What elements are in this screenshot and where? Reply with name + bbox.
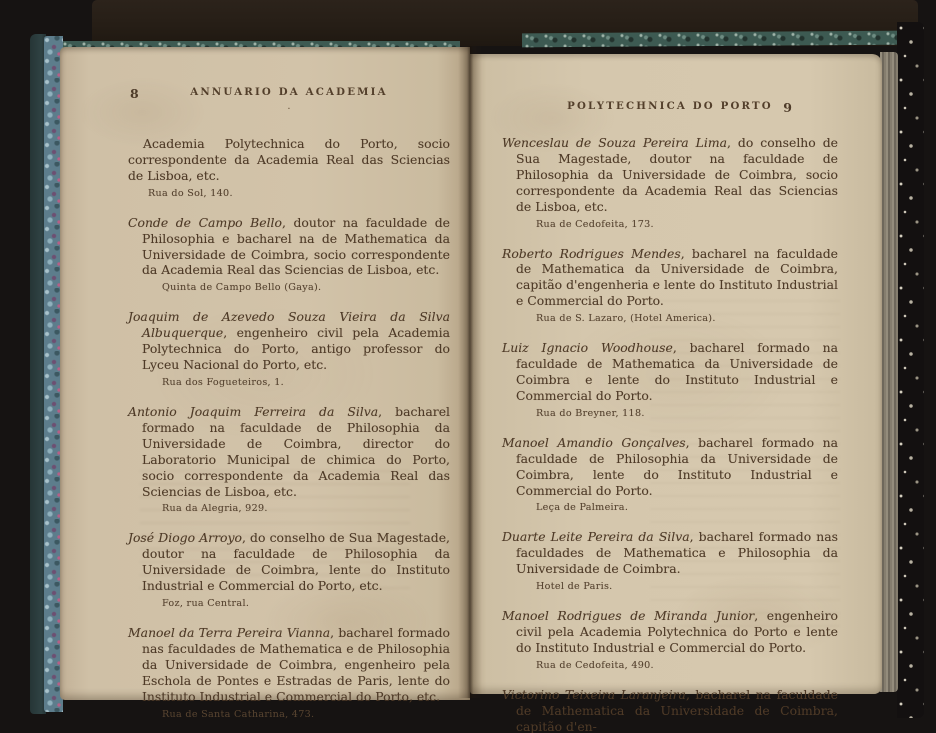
spine-gutter-shadow xyxy=(458,46,482,698)
entries-list: Wenceslau de Souza Pereira Lima, do cons… xyxy=(502,135,838,733)
directory-entry: Victorino Teixeira Laranjeira, bacharel … xyxy=(502,687,838,733)
entries-list: Academia Polytechnica do Porto, socio co… xyxy=(128,136,450,721)
entry-name: Manoel da Terra Pereira Vianna xyxy=(128,625,330,640)
directory-entry: Antonio Joaquim Ferreira da Silva, bacha… xyxy=(128,404,450,515)
right-page-header: POLYTECHNICA DO PORTO 9 xyxy=(502,100,838,116)
entry-address: Rua de Cedofeita, 490. xyxy=(516,660,838,672)
right-cover-marble-edge xyxy=(897,22,924,718)
entry-name: Luiz Ignacio Woodhouse xyxy=(502,340,673,355)
directory-entry: Roberto Rodrigues Mendes, bacharel na fa… xyxy=(502,246,838,326)
entry-address: Leça de Palmeira. xyxy=(516,502,838,514)
directory-entry: Manoel Rodrigues de Miranda Junior, enge… xyxy=(502,608,838,672)
entry-name: Manoel Amandio Gonçalves xyxy=(502,435,686,450)
entry-name: Conde de Campo Bello xyxy=(128,215,282,230)
entry-name: José Diogo Arroyo xyxy=(128,530,242,545)
entry-address: Rua de Santa Catharina, 473. xyxy=(142,709,450,721)
page-number: 8 xyxy=(130,86,139,101)
directory-entry: Luiz Ignacio Woodhouse, bacharel formado… xyxy=(502,340,838,420)
entry-address: Hotel de Paris. xyxy=(516,581,838,593)
entry-address: Foz, rua Central. xyxy=(142,598,450,610)
directory-entry: Manoel da Terra Pereira Vianna, bacharel… xyxy=(128,625,450,721)
page-number: 9 xyxy=(783,100,792,115)
entry-address: Rua de Cedofeita, 173. xyxy=(516,219,838,231)
entry-name: Wenceslau de Souza Pereira Lima xyxy=(502,135,727,150)
entry-address: Rua dos Fogueteiros, 1. xyxy=(142,377,450,389)
entry-name: Victorino Teixeira Laranjeira xyxy=(502,687,686,702)
running-header: ANNUARIO DA ACADEMIA xyxy=(128,86,450,98)
directory-entry: Academia Polytechnica do Porto, socio co… xyxy=(128,136,450,200)
entry-address: Quinta de Campo Bello (Gaya). xyxy=(142,282,450,294)
directory-entry: Wenceslau de Souza Pereira Lima, do cons… xyxy=(502,135,838,231)
left-page-header: 8 ANNUARIO DA ACADEMIA xyxy=(128,86,450,102)
directory-entry: Joaquim de Azevedo Souza Vieira da Silva… xyxy=(128,309,450,389)
left-page-content: 8 ANNUARIO DA ACADEMIA · Academia Polyte… xyxy=(128,86,450,721)
ornament-mark: · xyxy=(128,107,450,113)
entry-text: Academia Polytechnica do Porto, socio co… xyxy=(128,136,450,183)
right-page-content: POLYTECHNICA DO PORTO 9 Wenceslau de Sou… xyxy=(502,100,838,733)
entry-name: Manoel Rodrigues de Miranda Junior xyxy=(502,608,754,623)
directory-entry: Duarte Leite Pereira da Silva, bacharel … xyxy=(502,529,838,593)
entry-name: Duarte Leite Pereira da Silva xyxy=(502,529,690,544)
entry-address: Rua da Alegria, 929. xyxy=(142,503,450,515)
binding-marble-strip-right xyxy=(522,31,900,48)
book-scan-photo: 8 ANNUARIO DA ACADEMIA · Academia Polyte… xyxy=(0,0,936,733)
entry-name: Roberto Rodrigues Mendes xyxy=(502,246,681,261)
entry-address: Rua de S. Lazaro, (Hotel America). xyxy=(516,313,838,325)
entry-address: Rua do Sol, 140. xyxy=(128,188,450,200)
directory-entry: José Diogo Arroyo, do conselho de Sua Ma… xyxy=(128,530,450,610)
directory-entry: Manoel Amandio Gonçalves, bacharel forma… xyxy=(502,435,838,515)
right-page-edge-stack xyxy=(880,52,898,692)
entry-name: Antonio Joaquim Ferreira da Silva xyxy=(128,404,378,419)
entry-address: Rua do Breyner, 118. xyxy=(516,408,838,420)
directory-entry: Conde de Campo Bello, doutor na faculdad… xyxy=(128,215,450,295)
